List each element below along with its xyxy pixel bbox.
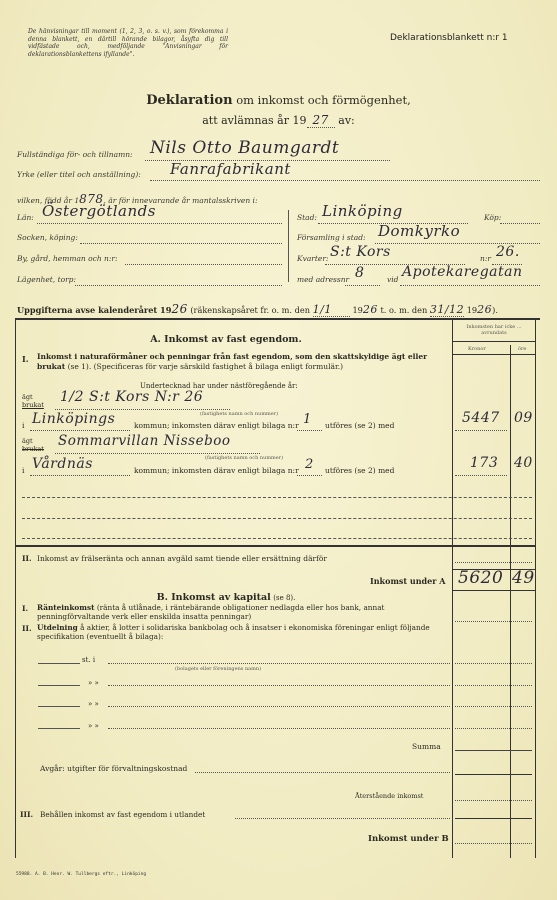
- column-header: Inkomsten har icke ... avrundats: [455, 324, 533, 336]
- forsamling-label: Församling i stad:: [297, 233, 366, 242]
- property1-agt-brukat: ägt brukat: [22, 393, 44, 409]
- spec-caption: (bolagets eller föreningens namn): [175, 666, 261, 672]
- b-item2-text: Utdelning å aktier, å lotter i solidaris…: [37, 623, 437, 641]
- property2-agt-brukat: ägt brukat: [22, 437, 44, 453]
- period-year[interactable]: 26: [171, 302, 187, 316]
- period-from-date[interactable]: 1/1: [313, 303, 350, 317]
- property1-ore[interactable]: 09: [514, 410, 533, 426]
- property2-name-caption: (fastighets namn och nummer): [205, 455, 283, 461]
- b-item3-text: Behållen inkomst av fast egendom i utlan…: [40, 810, 205, 819]
- declaration-year[interactable]: 27: [307, 113, 335, 128]
- occupation-label: Yrke (eller titel och anställning):: [17, 170, 141, 179]
- property1-bilaga-field[interactable]: 1: [303, 412, 312, 427]
- nr-field[interactable]: 26.: [496, 244, 520, 260]
- instruction-note: De hänvisningar till moment (1, 2, 3, o.…: [28, 28, 228, 58]
- document-page: De hänvisningar till moment (1, 2, 3, o.…: [0, 0, 557, 900]
- property1-name-caption: (fastighets namn och nummer): [200, 411, 278, 417]
- a-item1-text: Inkomst i naturaförmåner och penningar f…: [37, 352, 447, 372]
- property2-kommun-field[interactable]: Vårdnäs: [32, 456, 93, 472]
- table-left-border: [15, 318, 16, 858]
- nr-label: n:r: [480, 254, 491, 263]
- property1-kronor[interactable]: 5447: [462, 410, 500, 426]
- stad-label: Stad:: [297, 213, 317, 222]
- lagenhet-label: Lägenhet, torp:: [17, 275, 76, 284]
- adress-label: med adressnr: [297, 275, 349, 284]
- a-item2-number: II.: [22, 554, 32, 563]
- name-field[interactable]: Nils Otto Baumgardt: [150, 138, 339, 158]
- by-label: By, gård, hemman och n:r:: [17, 254, 118, 263]
- table-top-border: [15, 318, 540, 320]
- property2-ore[interactable]: 40: [514, 455, 533, 471]
- b-item3-number: III.: [20, 810, 33, 819]
- a-total-label: Inkomst under A: [370, 576, 445, 586]
- adress-number-field[interactable]: 8: [355, 265, 364, 281]
- document-subtitle: att avlämnas år 1927 av:: [0, 113, 557, 127]
- property2-name-field[interactable]: Sommarvillan Nisseboo: [58, 433, 230, 449]
- property2-kronor[interactable]: 173: [470, 455, 498, 471]
- period-to-year[interactable]: 26: [477, 303, 492, 316]
- summa-label: Summa: [412, 742, 441, 751]
- forsamling-field[interactable]: Domkyrko: [378, 222, 460, 240]
- aterstaende-label: Återstående inkomst: [355, 792, 423, 800]
- b-item1-text: Ränteinkomst (ränta å utlånade, i ränteb…: [37, 603, 437, 621]
- a-total-kronor[interactable]: 5620: [458, 568, 503, 588]
- kvarter-field[interactable]: S:t Kors: [330, 244, 391, 260]
- period-from-year[interactable]: 26: [363, 303, 378, 316]
- kronor-column-border: [452, 318, 453, 858]
- avgar-label: Avgår: utgifter för förvaltningskostnad: [40, 764, 187, 773]
- section-b-title: B. Inkomst av kapital (se 8).: [0, 592, 452, 603]
- property1-kommun-field[interactable]: Linköpings: [32, 411, 115, 427]
- section-a-title: A. Inkomst av fast egendom.: [0, 334, 452, 345]
- name-label: Fullständiga för- och tillnamn:: [17, 150, 133, 159]
- title-rest: om inkomst och förmögenhet,: [236, 93, 411, 107]
- a-total-ore[interactable]: 49: [512, 568, 535, 588]
- kvarter-label: Kvarter:: [297, 254, 328, 263]
- lan-field[interactable]: Östergötlands: [42, 202, 156, 220]
- form-number: Deklarationsblankett n:r 1: [390, 33, 508, 43]
- document-title: Deklaration om inkomst och förmögenhet,: [0, 93, 557, 108]
- b-item2-number: II.: [22, 624, 32, 633]
- occupation-field[interactable]: Fanrafabrikant: [170, 160, 291, 178]
- b-total-label: Inkomst under B: [368, 834, 449, 844]
- lan-label: Län:: [17, 213, 34, 222]
- socken-label: Socken, köping:: [17, 233, 78, 242]
- a-item2-text: Inkomst av frälseränta och annan avgäld …: [37, 554, 327, 563]
- vid-label: vid: [387, 275, 398, 284]
- table-right-border: [535, 318, 536, 858]
- title-bold: Deklaration: [146, 93, 232, 108]
- b-item1-number: I.: [22, 604, 28, 613]
- stad-field[interactable]: Linköping: [322, 202, 403, 220]
- kronor-header: Kronor: [468, 346, 486, 352]
- period-to-date[interactable]: 31/12: [430, 303, 464, 317]
- property1-name-field[interactable]: 1/2 S:t Kors N:r 26: [60, 389, 203, 405]
- ore-column-border: [510, 345, 511, 858]
- adress-street-field[interactable]: Apotekaregatan: [402, 264, 523, 280]
- printer-imprint: 55988. A. B. Henr. W. Tullbergs eftr., L…: [16, 872, 146, 877]
- ore-header: öre: [518, 346, 526, 352]
- period-line: Uppgifterna avse kalenderåret 1926 (räke…: [17, 302, 498, 316]
- kopstad-label: Köp:: [484, 213, 501, 222]
- a-item1-number: I.: [22, 354, 29, 364]
- property2-bilaga-field[interactable]: 2: [305, 457, 314, 472]
